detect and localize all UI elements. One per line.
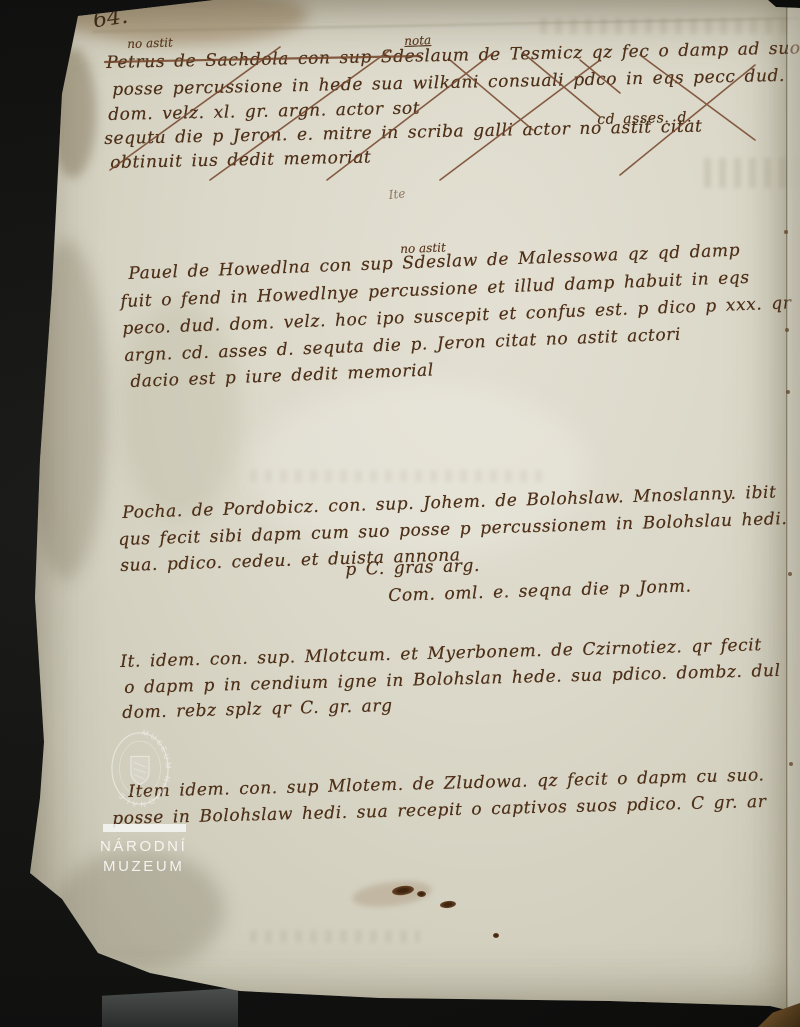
stitch-hole xyxy=(789,762,793,766)
interlinear-note: no astit xyxy=(127,35,173,51)
ink-blot xyxy=(440,900,457,909)
book-board xyxy=(102,988,238,1027)
stitch-hole xyxy=(788,572,792,576)
show-through-text xyxy=(250,930,420,943)
parchment-page: 64. no astit nota Petrus de Sachdola con… xyxy=(0,0,800,1027)
manuscript-line: p C. gras arg. xyxy=(345,556,480,580)
edge-stain xyxy=(54,850,224,970)
show-through-text xyxy=(704,158,796,188)
stitch-hole xyxy=(786,390,790,394)
ink-blot xyxy=(391,885,414,897)
edge-stain xyxy=(50,48,96,178)
ink-blot xyxy=(493,933,499,938)
show-through-text xyxy=(250,470,550,482)
stitch-hole xyxy=(785,328,789,332)
parchment-fold-highlight xyxy=(788,0,800,1008)
folio-number: 64. xyxy=(91,4,129,34)
manuscript-photograph: 64. no astit nota Petrus de Sachdola con… xyxy=(0,0,800,1027)
fold-crease xyxy=(92,17,798,33)
stitch-hole xyxy=(784,230,788,234)
manuscript-line: obtinuit ius dedit memoriat xyxy=(110,148,372,173)
manuscript-line: dom. velz. xl. gr. argn. actor sot xyxy=(108,98,420,125)
manuscript-line: dacio est p iure dedit memorial xyxy=(130,360,434,392)
manuscript-line: dom. rebz splz qr C. gr. arg xyxy=(122,696,393,723)
manuscript-line: posse percussione in hede sua wilkani co… xyxy=(112,66,785,100)
parchment-seam xyxy=(786,6,787,1008)
manuscript-line: Com. oml. e. seqna die p Jonm. xyxy=(388,576,692,606)
margin-mark: Ite xyxy=(388,186,406,202)
edge-stain xyxy=(26,240,106,580)
ink-blot xyxy=(417,891,426,897)
